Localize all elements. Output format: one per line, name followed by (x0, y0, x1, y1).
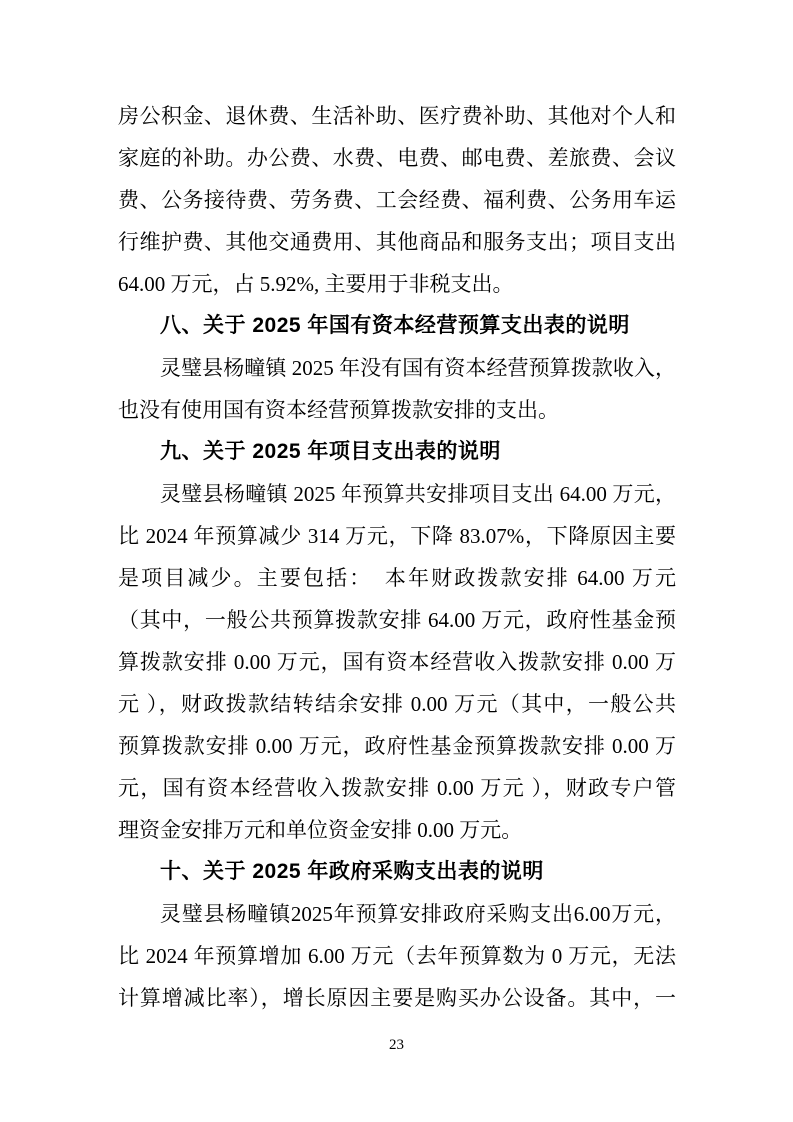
document-line: 灵璧县杨疃镇2025年预算安排政府采购支出6.00万元， (118, 893, 676, 935)
document-line: 灵璧县杨疃镇 2025 年预算共安排项目支出 64.00 万元， (118, 473, 676, 515)
document-body: 房公积金、退休费、生活补助、医疗费补助、其他对个人和家庭的补助。办公费、水费、电… (118, 95, 676, 1019)
document-line: 算拨款安排 0.00 万元，国有资本经营收入拨款安排 0.00 万 (118, 641, 676, 683)
document-line: 元 ），财政拨款结转结余安排 0.00 万元（其中，一般公共 (118, 683, 676, 725)
document-line: 是项目减少。主要包括： 本年财政拨款安排 64.00 万元 (118, 557, 676, 599)
document-line: 计算增减比率），增长原因主要是购买办公设备。其中，一 (118, 977, 676, 1019)
section-heading: 十、关于 2025 年政府采购支出表的说明 (118, 851, 676, 893)
section-heading: 八、关于 2025 年国有资本经营预算支出表的说明 (118, 305, 676, 347)
document-line: 灵璧县杨疃镇 2025 年没有国有资本经营预算拨款收入， (118, 347, 676, 389)
document-line: 元，国有资本经营收入拨款安排 0.00 万元 ），财政专户管 (118, 767, 676, 809)
section-heading: 九、关于 2025 年项目支出表的说明 (118, 431, 676, 473)
page-number: 23 (0, 1034, 793, 1056)
document-line: 行维护费、其他交通费用、其他商品和服务支出；项目支出 (118, 221, 676, 263)
document-line: 比 2024 年预算增加 6.00 万元（去年预算数为 0 万元，无法 (118, 935, 676, 977)
document-line: 也没有使用国有资本经营预算拨款安排的支出。 (118, 389, 676, 431)
document-line: 费、公务接待费、劳务费、工会经费、福利费、公务用车运 (118, 179, 676, 221)
document-line: （其中，一般公共预算拨款安排 64.00 万元，政府性基金预 (118, 599, 676, 641)
document-line: 64.00 万元，占 5.92%, 主要用于非税支出。 (118, 263, 676, 305)
document-line: 预算拨款安排 0.00 万元，政府性基金预算拨款安排 0.00 万 (118, 725, 676, 767)
document-line: 房公积金、退休费、生活补助、医疗费补助、其他对个人和 (118, 95, 676, 137)
document-page: 房公积金、退休费、生活补助、医疗费补助、其他对个人和家庭的补助。办公费、水费、电… (0, 0, 793, 1122)
document-line: 理资金安排万元和单位资金安排 0.00 万元。 (118, 809, 676, 851)
document-line: 家庭的补助。办公费、水费、电费、邮电费、差旅费、会议 (118, 137, 676, 179)
document-line: 比 2024 年预算减少 314 万元，下降 83.07%，下降原因主要 (118, 515, 676, 557)
